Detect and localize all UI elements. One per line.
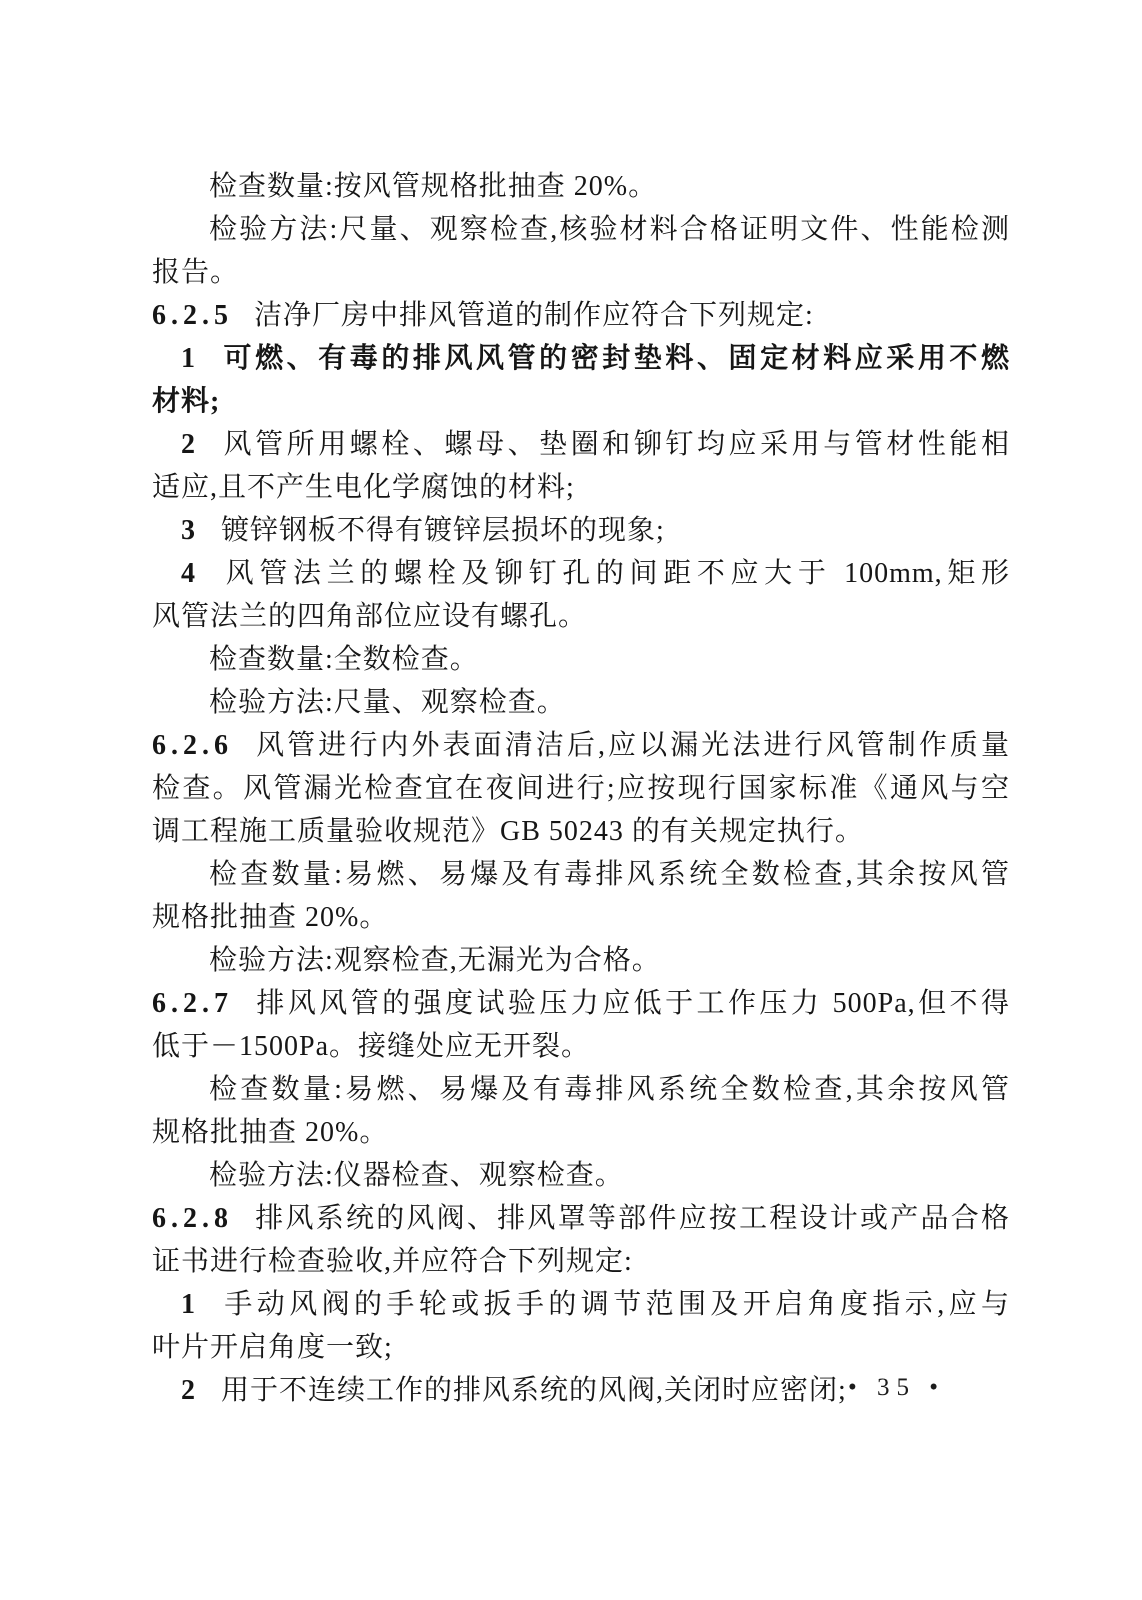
line-text: 检查数量:易燃、易爆及有毒排风系统全数检查,其余按风管 bbox=[209, 859, 1010, 890]
line-text: 规格批抽查 20%。 bbox=[152, 1117, 388, 1148]
line-text: 排风风管的强度试验压力应低于工作压力 500Pa,但不得 bbox=[254, 988, 1010, 1019]
line-text: 检验方法:尺量、观察检查,核验材料合格证明文件、性能检测 bbox=[209, 214, 1010, 245]
clause-6-2-8-heading: 6.2.8排风系统的风阀、排风罩等部件应按工程设计或产品合格 bbox=[152, 1197, 1010, 1240]
text-line: 风管法兰的四角部位应设有螺孔。 bbox=[152, 595, 1010, 638]
text-line: 3镀锌钢板不得有镀锌层损坏的现象; bbox=[152, 509, 1010, 552]
line-text: 检验方法:仪器检查、观察检查。 bbox=[209, 1160, 624, 1191]
item-number: 1 bbox=[181, 1289, 196, 1320]
text-line: 规格批抽查 20%。 bbox=[152, 896, 1010, 939]
line-text: 洁净厂房中排风管道的制作应符合下列规定: bbox=[254, 300, 814, 331]
item-number: 4 bbox=[181, 558, 196, 589]
line-text: 叶片开启角度一致; bbox=[152, 1332, 393, 1363]
line-text: 检查数量:按风管规格批抽查 20%。 bbox=[209, 171, 657, 202]
text-line: 检查数量:按风管规格批抽查 20%。 bbox=[152, 165, 1010, 208]
text-line: 检查数量:易燃、易爆及有毒排风系统全数检查,其余按风管 bbox=[152, 1068, 1010, 1111]
text-line: 规格批抽查 20%。 bbox=[152, 1111, 1010, 1154]
line-text: 证书进行检查验收,并应符合下列规定: bbox=[152, 1246, 633, 1277]
text-line: 检验方法:仪器检查、观察检查。 bbox=[152, 1154, 1010, 1197]
item-number: 2 bbox=[181, 1375, 196, 1406]
line-text: 风管法兰的四角部位应设有螺孔。 bbox=[152, 601, 587, 632]
text-line: 叶片开启角度一致; bbox=[152, 1326, 1010, 1369]
text-line: 检验方法:观察检查,无漏光为合格。 bbox=[152, 939, 1010, 982]
text-line: 检查数量:全数检查。 bbox=[152, 638, 1010, 681]
line-text: 镀锌钢板不得有镀锌层损坏的现象; bbox=[221, 515, 665, 546]
clause-6-2-5-heading: 6.2.5洁净厂房中排风管道的制作应符合下列规定: bbox=[152, 294, 1010, 337]
line-text: 风管进行内外表面清洁后,应以漏光法进行风管制作质量 bbox=[254, 730, 1010, 761]
line-text: 规格批抽查 20%。 bbox=[152, 902, 388, 933]
text-line: 证书进行检查验收,并应符合下列规定: bbox=[152, 1240, 1010, 1283]
clause-number: 6.2.6 bbox=[152, 730, 233, 761]
document-page: 检查数量:按风管规格批抽查 20%。 检验方法:尺量、观察检查,核验材料合格证明… bbox=[0, 0, 1142, 1600]
text-line: 1可燃、有毒的排风风管的密封垫料、固定材料应采用不燃 bbox=[152, 337, 1010, 380]
text-line: 4风管法兰的螺栓及铆钉孔的间距不应大于 100mm,矩形 bbox=[152, 552, 1010, 595]
line-text: 检查数量:易燃、易爆及有毒排风系统全数检查,其余按风管 bbox=[209, 1074, 1010, 1105]
line-text: 检查数量:全数检查。 bbox=[209, 644, 479, 675]
line-text: 风管所用螺栓、螺母、垫圈和铆钉均应采用与管材性能相 bbox=[221, 429, 1010, 460]
line-text: 检验方法:观察检查,无漏光为合格。 bbox=[209, 945, 661, 976]
line-text: 报告。 bbox=[152, 257, 239, 288]
clause-number: 6.2.8 bbox=[152, 1203, 233, 1234]
line-text: 材料; bbox=[152, 386, 220, 417]
text-line: 报告。 bbox=[152, 251, 1010, 294]
clause-number: 6.2.7 bbox=[152, 988, 233, 1019]
line-text: 可燃、有毒的排风风管的密封垫料、固定材料应采用不燃 bbox=[221, 343, 1010, 374]
line-text: 适应,且不产生电化学腐蚀的材料; bbox=[152, 472, 575, 503]
text-line: 适应,且不产生电化学腐蚀的材料; bbox=[152, 466, 1010, 509]
text-line: 2风管所用螺栓、螺母、垫圈和铆钉均应采用与管材性能相 bbox=[152, 423, 1010, 466]
line-text: 手动风阀的手轮或扳手的调节范围及开启角度指示,应与 bbox=[221, 1289, 1010, 1320]
item-number: 3 bbox=[181, 515, 196, 546]
text-line: 检查数量:易燃、易爆及有毒排风系统全数检查,其余按风管 bbox=[152, 853, 1010, 896]
text-line: 1手动风阀的手轮或扳手的调节范围及开启角度指示,应与 bbox=[152, 1283, 1010, 1326]
item-number: 1 bbox=[181, 343, 196, 374]
text-line: 检验方法:尺量、观察检查,核验材料合格证明文件、性能检测 bbox=[152, 208, 1010, 251]
line-text: 用于不连续工作的排风系统的风阀,关闭时应密闭; bbox=[221, 1375, 847, 1406]
line-text: 低于－1500Pa。接缝处应无开裂。 bbox=[152, 1031, 590, 1062]
line-text: 检查。风管漏光检查宜在夜间进行;应按现行国家标准《通风与空 bbox=[152, 773, 1010, 804]
text-line: 调工程施工质量验收规范》GB 50243 的有关规定执行。 bbox=[152, 810, 1010, 853]
line-text: 风管法兰的螺栓及铆钉孔的间距不应大于 100mm,矩形 bbox=[221, 558, 1010, 589]
text-line: 材料; bbox=[152, 380, 1010, 423]
text-line: 检验方法:尺量、观察检查。 bbox=[152, 681, 1010, 724]
text-block: 检查数量:按风管规格批抽查 20%。 检验方法:尺量、观察检查,核验材料合格证明… bbox=[152, 165, 1010, 1412]
text-line: 低于－1500Pa。接缝处应无开裂。 bbox=[152, 1025, 1010, 1068]
page-number: • 35 • bbox=[848, 1374, 945, 1402]
clause-6-2-7-heading: 6.2.7排风风管的强度试验压力应低于工作压力 500Pa,但不得 bbox=[152, 982, 1010, 1025]
clause-number: 6.2.5 bbox=[152, 300, 233, 331]
line-text: 排风系统的风阀、排风罩等部件应按工程设计或产品合格 bbox=[254, 1203, 1010, 1234]
line-text: 检验方法:尺量、观察检查。 bbox=[209, 687, 566, 718]
clause-6-2-6-heading: 6.2.6风管进行内外表面清洁后,应以漏光法进行风管制作质量 bbox=[152, 724, 1010, 767]
item-number: 2 bbox=[181, 429, 196, 460]
line-text: 调工程施工质量验收规范》GB 50243 的有关规定执行。 bbox=[152, 816, 864, 847]
text-line: 检查。风管漏光检查宜在夜间进行;应按现行国家标准《通风与空 bbox=[152, 767, 1010, 810]
